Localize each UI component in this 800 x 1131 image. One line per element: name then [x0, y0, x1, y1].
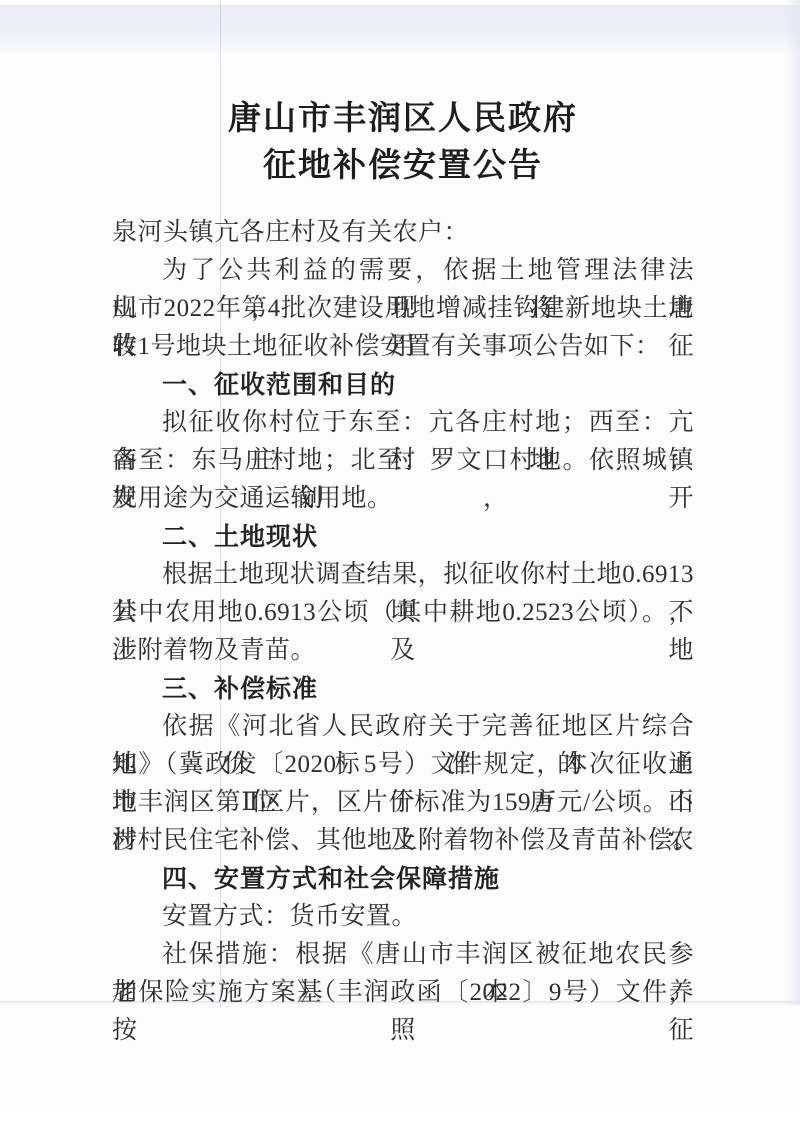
notice-document: 唐山市丰润区人民政府 征地补偿安置公告 泉河头镇亢各庄村及有关农户： 为了公共利… [112, 96, 694, 1012]
section-4-paragraph-line: 老保险实施方案》（丰润政函〔2022〕9号）文件，按照征 [112, 974, 694, 1012]
section-3-heading: 三、补偿标准 [112, 670, 694, 708]
notice-title-line-2: 征地补偿安置公告 [112, 143, 694, 190]
section-2-paragraph-line: 根据土地现状调查结果，拟征收你村土地0.6913公顷， [112, 556, 694, 594]
section-2-paragraph-line: 其中农用地0.6913公顷（其中耕地0.2523公顷）。不涉及地 [112, 594, 694, 632]
scan-bottom-margin [0, 1105, 800, 1131]
scan-right-shadow [786, 0, 800, 1005]
notice-body: 泉河头镇亢各庄村及有关农户： 为了公共利益的需要，依据土地管理法律法规，现将唐 … [112, 214, 694, 1012]
intro-paragraph-line: 为了公共利益的需要，依据土地管理法律法规，现将唐 [112, 252, 694, 290]
section-4-paragraph-line: 安置方式：货币安置。 [112, 898, 694, 936]
section-3-paragraph-line: 知》（冀政发〔2020〕5号）文件规定，本次征收土地位于唐山 [112, 746, 694, 784]
scan-top-shadow [0, 5, 800, 53]
section-4-paragraph-line: 社保措施：根据《唐山市丰润区被征地农民参加基本养 [112, 936, 694, 974]
intro-paragraph-line: 收1号地块土地征收补偿安置有关事项公告如下： [112, 328, 694, 366]
intro-paragraph-line: 山市2022年第4批次建设用地增减挂钩建新地块土地转用征 [112, 290, 694, 328]
salutation-line: 泉河头镇亢各庄村及有关农户： [112, 214, 694, 252]
section-3-paragraph-line: 村村民住宅补偿、其他地上附着物补偿及青苗补偿。 [112, 822, 694, 860]
section-4-heading: 四、安置方式和社会保障措施 [112, 860, 694, 898]
section-1-paragraph-line: 南至：东马庄村地；北至：罗文口村地。依照城镇规划，开 [112, 442, 694, 480]
section-1-heading: 一、征收范围和目的 [112, 366, 694, 404]
scanned-document-page: 唐山市丰润区人民政府 征地补偿安置公告 泉河头镇亢各庄村及有关农户： 为了公共利… [0, 0, 800, 1131]
section-3-paragraph-line: 依据《河北省人民政府关于完善征地区片综合地价标准的通 [112, 708, 694, 746]
section-3-paragraph-line: 市丰润区第Ⅱ区片，区片价标准为159万元/公顷。不涉及农 [112, 784, 694, 822]
notice-title-line-1: 唐山市丰润区人民政府 [112, 96, 694, 143]
section-2-heading: 二、土地现状 [112, 518, 694, 556]
section-1-paragraph-line: 拟征收你村位于东至：亢各庄村地；西至：亢各庄村地； [112, 404, 694, 442]
